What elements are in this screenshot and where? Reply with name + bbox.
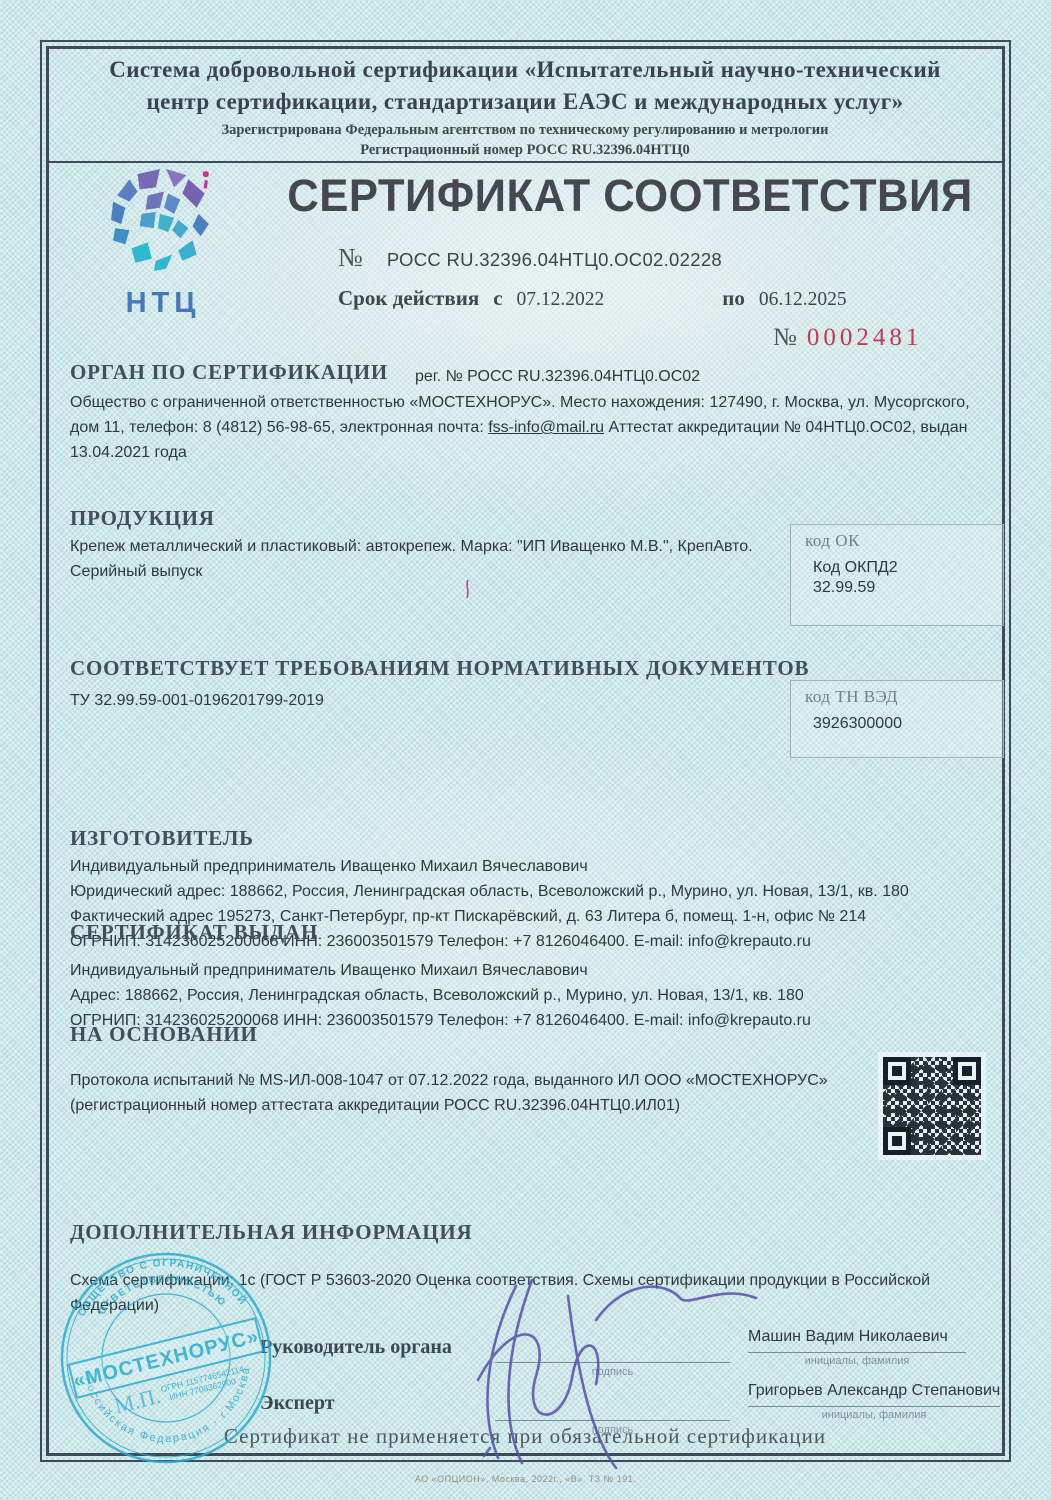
qr-finder-icon <box>883 1057 911 1085</box>
certificate-number-row: № РОСС RU.32396.04НТЦ0.ОС02.02228 <box>338 243 722 273</box>
product-description-line2: Серийный выпуск <box>70 559 790 584</box>
registration-number-line: Регистрационный номер РОСС RU.32396.04НТ… <box>60 140 990 160</box>
certification-body-heading: ОРГАН ПО СЕРТИФИКАЦИИ <box>70 360 388 385</box>
number-sign: № <box>338 243 363 273</box>
ntc-logo: НТЦ <box>103 166 223 320</box>
certificate-number: РОСС RU.32396.04НТЦ0.ОС02.02228 <box>387 249 722 271</box>
expert-sign-line <box>495 1420 730 1421</box>
certification-body-text: Общество с ограниченной ответственностью… <box>70 390 982 465</box>
manufacturer-line: Юридический адрес: 188662, Россия, Ленин… <box>70 879 1000 904</box>
validity-from-label: с <box>493 286 502 311</box>
print-info: АО «ОПЦИОН», Москва, 2022г., «В». ТЗ № 1… <box>0 1474 1051 1484</box>
ink-speck <box>462 578 474 600</box>
tnved-code-box: код ТН ВЭД 3926300000 <box>790 680 1004 758</box>
expert-name-caption: инициалы, фамилия <box>748 1409 1000 1421</box>
qr-finder-icon <box>883 1127 911 1155</box>
certification-body-reg: рег. № РОСС RU.32396.04НТЦ0.ОС02 <box>415 364 700 389</box>
head-sign-caption: подпись <box>495 1366 730 1378</box>
product-description: Крепеж металлический и пластиковый: авто… <box>70 534 790 584</box>
expert-name: Григорьев Александр Степанович <box>748 1382 1000 1400</box>
validity-label: Срок действия <box>338 286 479 311</box>
okpd-code-box: код ОК Код ОКПД2 32.99.59 <box>790 524 1004 626</box>
product-description-line1: Крепеж металлический и пластиковый: авто… <box>70 534 790 559</box>
compliance-document: ТУ 32.99.59-001-0196201799-2019 <box>70 688 324 713</box>
head-name-caption: инициалы, фамилия <box>748 1355 966 1367</box>
system-name: Система добровольной сертификации «Испыт… <box>60 54 990 118</box>
head-name-line <box>748 1352 966 1353</box>
issued-to-line: Адрес: 188662, Россия, Ленинградская обл… <box>70 983 1000 1008</box>
blank-number: 0002481 <box>807 324 923 352</box>
blank-number-row: № 0002481 <box>773 324 922 352</box>
additional-heading: ДОПОЛНИТЕЛЬНАЯ ИНФОРМАЦИЯ <box>70 1220 472 1245</box>
basis-text: Протокола испытаний № MS-ИЛ-008-1047 от … <box>70 1068 870 1118</box>
document-title: СЕРТИФИКАТ СООТВЕТСТВИЯ <box>266 170 994 222</box>
basis-heading: НА ОСНОВАНИИ <box>70 1022 258 1047</box>
qr-finder-icon <box>953 1057 981 1085</box>
validity-from-date: 07.12.2022 <box>517 289 605 311</box>
registered-by-line: Зарегистрирована Федеральным агентством … <box>60 120 990 140</box>
qr-code <box>878 1052 986 1160</box>
body-email: fss-info@mail.ru <box>488 419 604 436</box>
stamp-mp: М.П. <box>112 1383 163 1418</box>
system-name-line2: центр сертификации, стандартизации ЕАЭС … <box>60 86 990 118</box>
tnved-box-label: код ТН ВЭД <box>805 687 1003 707</box>
compliance-heading: СООТВЕТСТВУЕТ ТРЕБОВАНИЯМ НОРМАТИВНЫХ ДО… <box>70 656 809 681</box>
okpd-box-label: код ОК <box>805 531 1003 551</box>
manufacturer-line: Индивидуальный предприниматель Иващенко … <box>70 854 1000 879</box>
product-heading: ПРОДУКЦИЯ <box>70 506 215 531</box>
gem-logo-icon <box>107 166 219 278</box>
expert-name-line <box>748 1406 1000 1407</box>
head-sign-line <box>495 1362 730 1363</box>
head-name: Машин Вадим Николаевич <box>748 1328 948 1346</box>
okpd-code-name: Код ОКПД2 <box>813 559 1003 577</box>
validity-to-label: по <box>722 286 745 311</box>
head-label: Руководитель органа <box>260 1336 452 1359</box>
manufacturer-heading: ИЗГОТОВИТЕЛЬ <box>70 826 254 851</box>
logo-text: НТЦ <box>103 287 223 320</box>
company-stamp: ОБЩЕСТВО С ОГРАНИЧЕННОЙ ОТВЕТСТВЕННОСТЬЮ… <box>49 1241 284 1476</box>
validity-row: Срок действия с 07.12.2022 по 06.12.2025 <box>338 286 847 311</box>
issued-to-line: Индивидуальный предприниматель Иващенко … <box>70 958 1000 983</box>
system-registration: Зарегистрирована Федеральным агентством … <box>60 120 990 160</box>
issued-to-heading: СЕРТИФИКАТ ВЫДАН <box>70 920 318 945</box>
header-divider <box>49 161 1002 163</box>
tnved-code-value: 3926300000 <box>813 715 1003 733</box>
okpd-code-value: 32.99.59 <box>813 579 1003 597</box>
blank-number-sign: № <box>773 324 797 352</box>
system-name-line1: Система добровольной сертификации «Испыт… <box>60 54 990 86</box>
validity-to-date: 06.12.2025 <box>759 289 847 311</box>
basis-line: (регистрационный номер аттестата аккреди… <box>70 1093 870 1118</box>
basis-line: Протокола испытаний № MS-ИЛ-008-1047 от … <box>70 1068 870 1093</box>
